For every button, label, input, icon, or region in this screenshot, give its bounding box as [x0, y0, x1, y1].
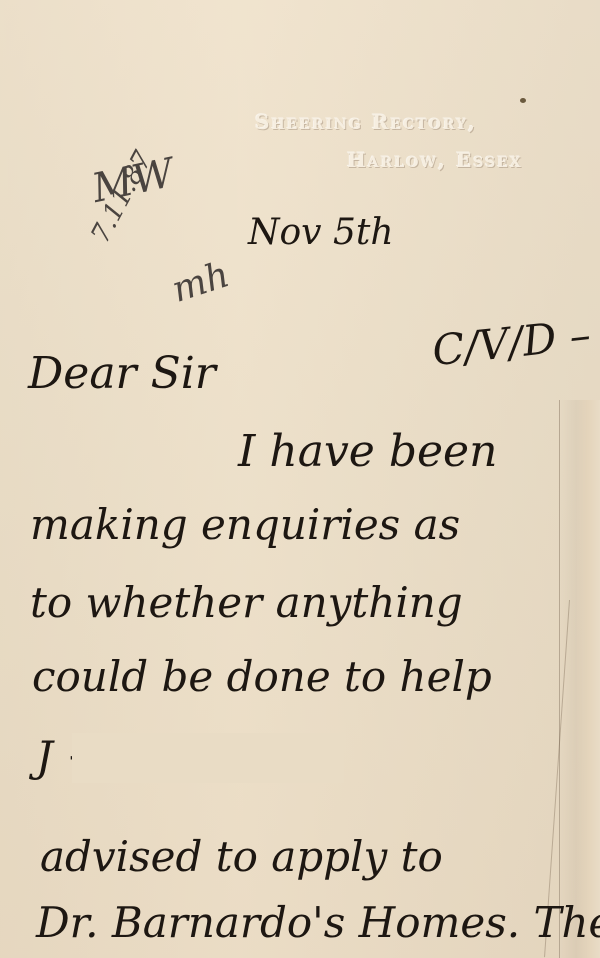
reference-code: C/V/D – — [430, 310, 593, 375]
body-line-7: Dr. Barnardo's Homes. The — [36, 898, 600, 947]
letter-page: Sheering Rectory, Harlow, Essex MW 7.11.… — [0, 0, 600, 958]
embossed-letterhead: Sheering Rectory, Harlow, Essex — [255, 110, 555, 172]
torn-right-edge — [559, 400, 600, 958]
redacted-name-area — [72, 733, 344, 783]
letterhead-line-1: Sheering Rectory, — [255, 110, 555, 134]
letter-date: Nov 5th — [248, 212, 394, 253]
body-line-1: I have been — [238, 426, 497, 477]
salutation: Dear Sir — [28, 348, 216, 399]
letterhead-line-2: Harlow, Essex — [347, 148, 555, 172]
ink-speck — [520, 98, 526, 103]
body-line-4: could be done to help — [32, 652, 492, 701]
body-line-3: to whether anything — [30, 578, 463, 627]
body-line-2: making enquiries as — [30, 500, 460, 549]
pencil-initials-bottom: mh — [167, 254, 234, 311]
body-line-6: advised to apply to — [40, 832, 443, 881]
